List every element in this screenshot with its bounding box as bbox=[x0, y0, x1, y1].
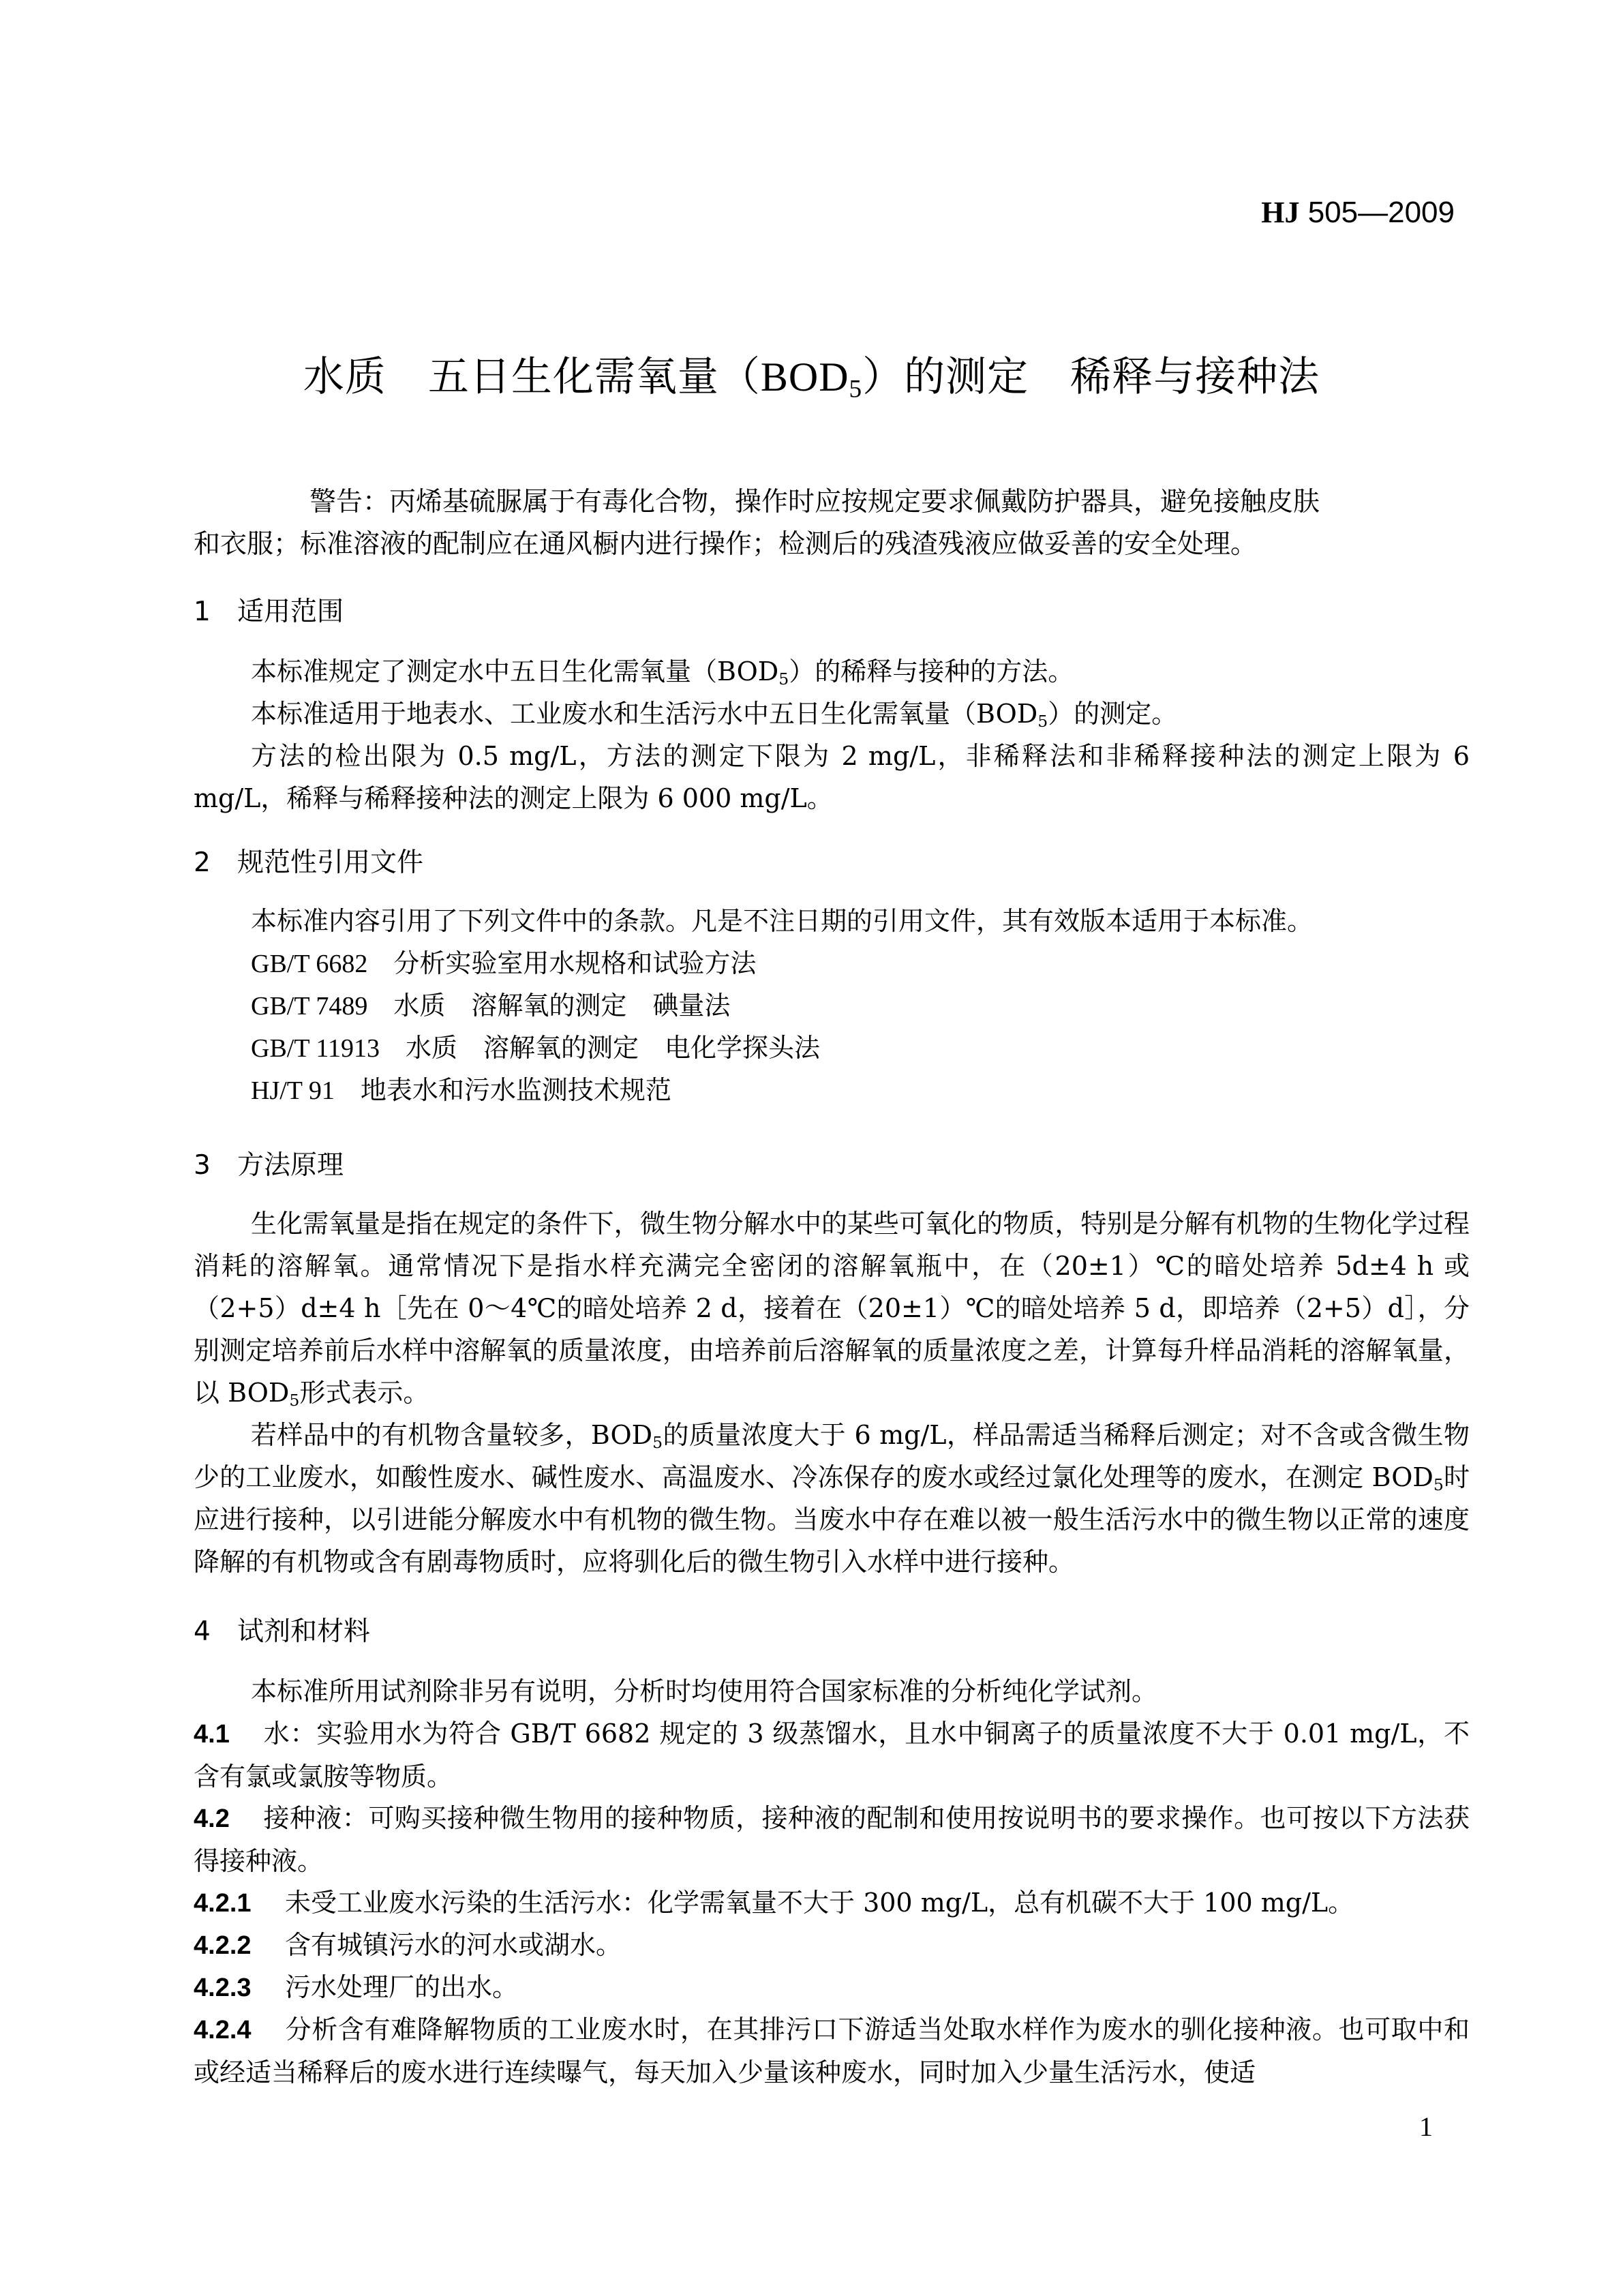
section-4-intro: 本标准所用试剂除非另有说明，分析时均使用符合国家标准的分析纯化学试剂。 bbox=[194, 1670, 1470, 1712]
reference-item: GB/T 11913水质 溶解氧的测定 电化学探头法 bbox=[251, 1027, 820, 1070]
text: 本标准规定了测定水中五日生化需氧量（BOD bbox=[251, 656, 778, 686]
section-1-paragraph-2: 本标准适用于地表水、工业废水和生活污水中五日生化需氧量（BOD5）的测定。 bbox=[194, 693, 1470, 735]
reference-item: GB/T 6682分析实验室用水规格和试验方法 bbox=[251, 942, 756, 985]
title-part2: ）的测定 稀释与接种法 bbox=[862, 353, 1320, 401]
section-heading-1: 1适用范围 bbox=[194, 592, 344, 633]
subscript: 5 bbox=[778, 669, 789, 689]
section-title: 规范性引用文件 bbox=[237, 847, 423, 878]
section-3-paragraph-1: 生化需氧量是指在规定的条件下，微生物分解水中的某些可氧化的物质，特别是分解有机物… bbox=[194, 1203, 1470, 1414]
subscript: 5 bbox=[1037, 712, 1048, 731]
clause-text: 污水处理厂的出水。 bbox=[285, 1972, 518, 2002]
clause-number: 4.2.1 bbox=[194, 1882, 264, 1924]
clause-4-2: 4.2接种液：可购买接种微生物用的接种物质，接种液的配制和使用按说明书的要求操作… bbox=[194, 1797, 1470, 1882]
clause-text: 接种液：可购买接种微生物用的接种物质，接种液的配制和使用按说明书的要求操作。也可… bbox=[194, 1803, 1470, 1876]
subscript: 5 bbox=[1434, 1475, 1444, 1494]
clause-text: 水：实验用水为符合 GB/T 6682 规定的 3 级蒸馏水，且水中铜离子的质量… bbox=[194, 1719, 1470, 1792]
document-page: HJ 505—2009 水质 五日生化需氧量（BOD5）的测定 稀释与接种法 警… bbox=[0, 0, 1623, 2296]
reference-code: GB/T 6682 bbox=[251, 950, 367, 978]
section-heading-2: 2规范性引用文件 bbox=[194, 843, 423, 883]
text: 形式表示。 bbox=[299, 1378, 429, 1408]
section-1-paragraph-1: 本标准规定了测定水中五日生化需氧量（BOD5）的稀释与接种的方法。 bbox=[194, 650, 1470, 693]
reference-code: GB/T 7489 bbox=[251, 992, 367, 1021]
clause-4-2-1: 4.2.1未受工业废水污染的生活污水：化学需氧量不大于 300 mg/L，总有机… bbox=[194, 1882, 1470, 1924]
clause-number: 4.2.4 bbox=[194, 2009, 264, 2051]
section-number: 3 bbox=[194, 1145, 237, 1186]
text: ）的稀释与接种的方法。 bbox=[789, 656, 1074, 686]
section-title: 方法原理 bbox=[237, 1150, 344, 1181]
title-part1: 水质 五日生化需氧量（ bbox=[303, 353, 761, 401]
title-subscript: 5 bbox=[849, 375, 863, 403]
subscript: 5 bbox=[652, 1433, 663, 1452]
clause-4-2-4: 4.2.4分析含有难降解物质的工业废水时，在其排污口下游适当处取水样作为废水的驯… bbox=[194, 2008, 1470, 2094]
section-title: 试剂和材料 bbox=[237, 1616, 370, 1647]
reference-item: HJ/T 91地表水和污水监测技术规范 bbox=[251, 1069, 671, 1112]
reference-code: HJ/T 91 bbox=[251, 1076, 335, 1105]
clause-number: 4.1 bbox=[194, 1713, 243, 1755]
section-number: 2 bbox=[194, 843, 237, 883]
section-2-intro: 本标准内容引用了下列文件中的条款。凡是不注日期的引用文件，其有效版本适用于本标准… bbox=[194, 900, 1470, 942]
section-title: 适用范围 bbox=[237, 596, 344, 627]
reference-code: GB/T 11913 bbox=[251, 1034, 380, 1063]
text: 本标准内容引用了下列文件中的条款。凡是不注日期的引用文件，其有效版本适用于本标准… bbox=[194, 900, 1470, 942]
section-heading-4: 4试剂和材料 bbox=[194, 1612, 370, 1652]
reference-title: 水质 溶解氧的测定 电化学探头法 bbox=[406, 1033, 820, 1063]
clause-number: 4.2 bbox=[194, 1798, 243, 1840]
warning-line-1: 警告：丙烯基硫脲属于有毒化合物，操作时应按规定要求佩戴防护器具，避免接触皮肤 bbox=[194, 481, 1470, 524]
standard-code: HJ 505—2009 bbox=[1261, 192, 1455, 233]
text: 本标准所用试剂除非另有说明，分析时均使用符合国家标准的分析纯化学试剂。 bbox=[194, 1670, 1470, 1712]
clause-4-2-3: 4.2.3污水处理厂的出水。 bbox=[194, 1966, 1470, 2009]
standard-prefix: HJ bbox=[1261, 196, 1299, 229]
warning-block: 警告：丙烯基硫脲属于有毒化合物，操作时应按规定要求佩戴防护器具，避免接触皮肤 和… bbox=[194, 481, 1470, 566]
reference-title: 分析实验室用水规格和试验方法 bbox=[393, 948, 756, 978]
clause-text: 含有城镇污水的河水或湖水。 bbox=[285, 1930, 622, 1960]
title-bod: BOD bbox=[761, 354, 849, 399]
clause-number: 4.2.2 bbox=[194, 1924, 264, 1967]
section-number: 1 bbox=[194, 592, 237, 633]
warning-line-2: 和衣服；标准溶液的配制应在通风橱内进行操作；检测后的残渣残液应做妥善的安全处理。 bbox=[194, 524, 1470, 566]
page-number: 1 bbox=[1419, 2110, 1433, 2144]
section-3-paragraph-2: 若样品中的有机物含量较多，BOD5的质量浓度大于 6 mg/L，样品需适当稀释后… bbox=[194, 1414, 1470, 1583]
clause-text: 未受工业废水污染的生活污水：化学需氧量不大于 300 mg/L，总有机碳不大于 … bbox=[285, 1888, 1354, 1918]
clause-number: 4.2.3 bbox=[194, 1967, 264, 2009]
standard-number: 505—2009 bbox=[1308, 196, 1455, 229]
section-number: 4 bbox=[194, 1612, 237, 1652]
section-1-paragraph-3: 方法的检出限为 0.5 mg/L，方法的测定下限为 2 mg/L，非稀释法和非稀… bbox=[194, 735, 1470, 819]
reference-title: 地表水和污水监测技术规范 bbox=[361, 1075, 671, 1105]
clause-text: 分析含有难降解物质的工业废水时，在其排污口下游适当处取水样作为废水的驯化接种液。… bbox=[194, 2014, 1470, 2087]
text: ）的测定。 bbox=[1048, 699, 1177, 729]
section-heading-3: 3方法原理 bbox=[194, 1145, 344, 1186]
text: 方法的检出限为 0.5 mg/L，方法的测定下限为 2 mg/L，非稀释法和非稀… bbox=[194, 735, 1470, 819]
reference-title: 水质 溶解氧的测定 碘量法 bbox=[393, 991, 730, 1021]
clause-4-1: 4.1水：实验用水为符合 GB/T 6682 规定的 3 级蒸馏水，且水中铜离子… bbox=[194, 1712, 1470, 1798]
clause-4-2-2: 4.2.2含有城镇污水的河水或湖水。 bbox=[194, 1924, 1470, 1967]
subscript: 5 bbox=[289, 1391, 299, 1410]
text: 本标准适用于地表水、工业废水和生活污水中五日生化需氧量（BOD bbox=[251, 699, 1037, 729]
document-title: 水质 五日生化需氧量（BOD5）的测定 稀释与接种法 bbox=[0, 346, 1623, 408]
reference-item: GB/T 7489水质 溶解氧的测定 碘量法 bbox=[251, 984, 730, 1027]
text: 若样品中的有机物含量较多，BOD bbox=[251, 1420, 652, 1450]
